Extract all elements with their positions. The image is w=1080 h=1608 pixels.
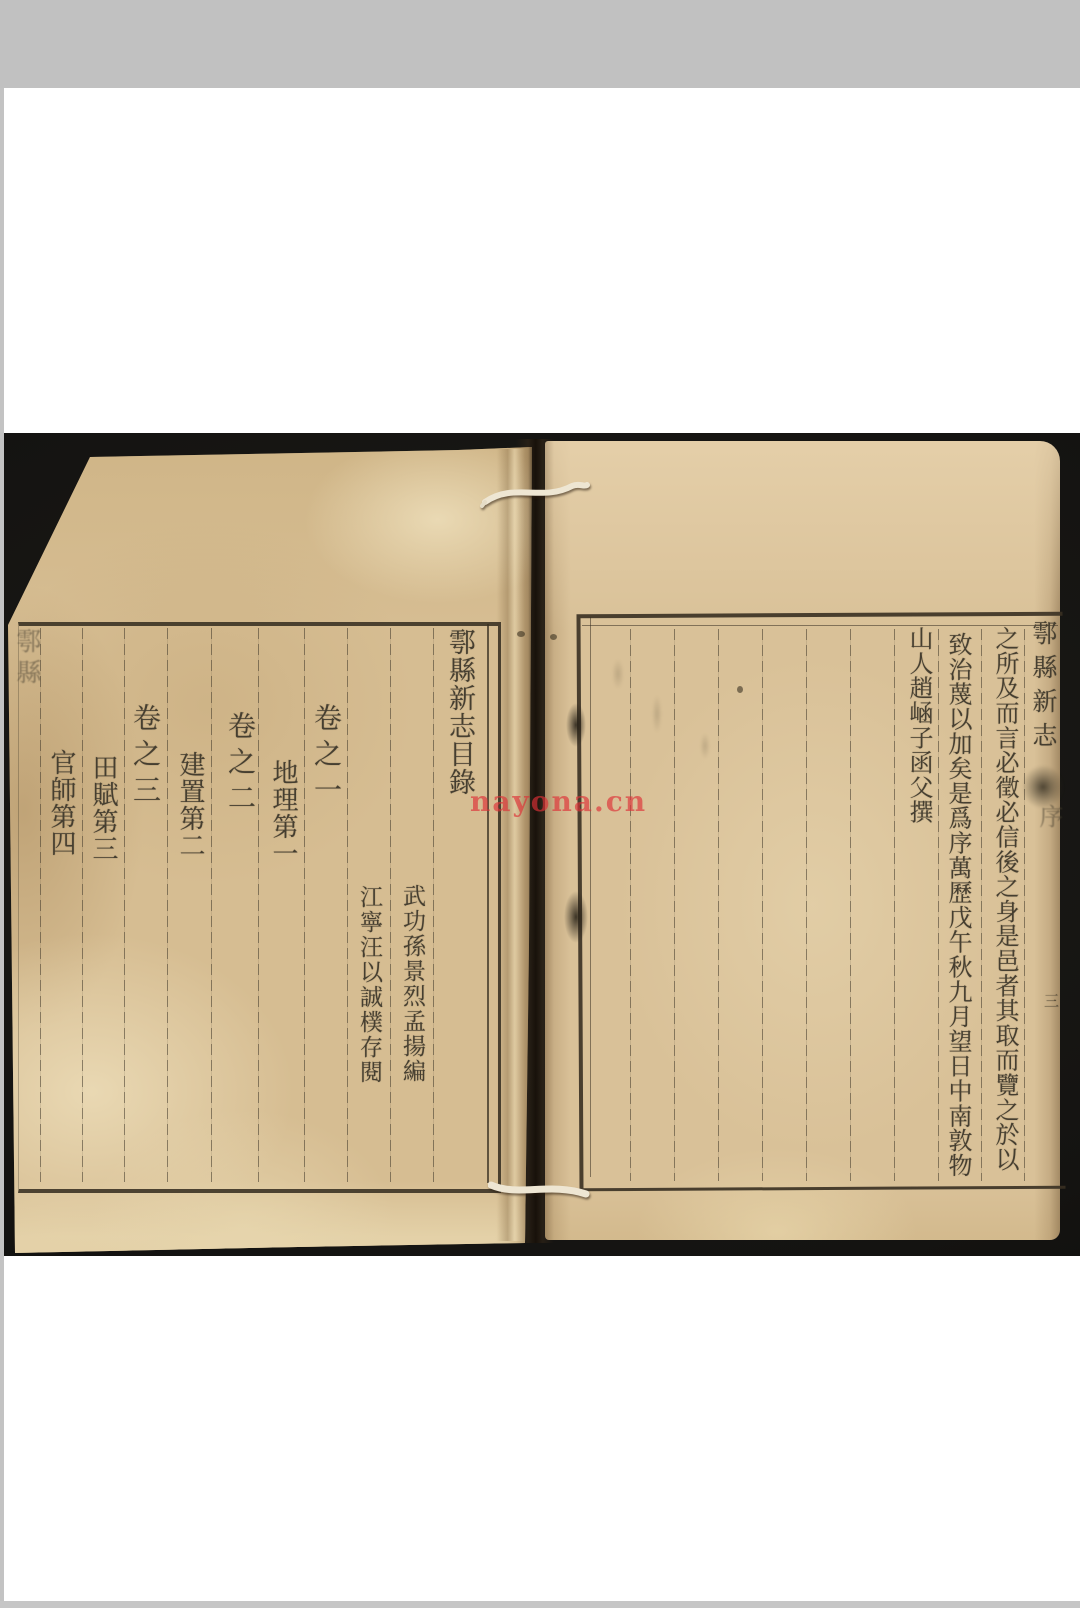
toc-entry-juan-1: 卷之一 <box>312 703 340 811</box>
left-frame-double-line <box>487 624 489 1183</box>
preface-column-1: 之所及而言必徵必信後之身是邑者其取而覽之於以 <box>993 626 1017 1172</box>
compiler-credit: 武功孫景烈孟揚編 <box>400 884 423 1084</box>
toc-entry-tianfu-3: 田賦第三 <box>90 754 116 862</box>
preface-column-2: 致治蔑以加矣是爲序萬歷戊午秋九月望日中南敦物 <box>946 632 970 1178</box>
worm-hole <box>517 631 525 637</box>
scanned-book-viewer: 鄠縣 鄠縣新志目錄 卷之一 地理第一 卷之二 建置第二 卷之三 田賦第三 官師第… <box>0 0 1080 1608</box>
binding-thread-top <box>480 475 592 513</box>
top-gray-bar <box>0 0 1080 88</box>
toc-title: 鄠縣新志目錄 <box>446 628 473 796</box>
book-photograph: 鄠縣 鄠縣新志目錄 卷之一 地理第一 卷之二 建置第二 卷之三 田賦第三 官師第… <box>0 433 1080 1256</box>
ink-bleed-mark <box>652 695 662 733</box>
binding-thread-bottom <box>488 1177 594 1207</box>
banxin-section-label: 序 <box>1037 804 1061 828</box>
ink-bleed-mark <box>700 733 710 759</box>
toc-entry-guanshi-4: 官師第四 <box>48 749 74 857</box>
ink-bleed-mark <box>612 659 624 689</box>
ink-blot <box>564 891 588 943</box>
site-watermark: nayona.cn <box>470 785 647 818</box>
bottom-gray-bar <box>0 1601 1080 1608</box>
ink-blot <box>566 703 586 747</box>
toc-entry-dili-1: 地理第一 <box>270 759 296 867</box>
toc-entry-juan-2: 卷之二 <box>226 711 254 819</box>
preface-signature-column: 山人趙崡子函父撰 <box>907 626 931 824</box>
toc-entry-juan-3: 卷之三 <box>131 703 159 811</box>
binding-gutter-shadow <box>516 439 554 1243</box>
left-page-border-frame <box>18 622 501 1193</box>
folio-number: 三 <box>1043 993 1058 1008</box>
banxin-book-title: 鄠縣新志 <box>1031 620 1056 756</box>
reviewer-credit: 江寧汪以誠樸存閱 <box>357 885 380 1085</box>
left-page-edge-partial-title: 鄠縣 <box>12 628 40 690</box>
right-frame-double-line-vertical <box>590 617 591 1177</box>
worm-hole <box>550 634 557 640</box>
right-frame-double-line-horizontal <box>582 625 1058 626</box>
worm-hole <box>737 686 743 693</box>
left-gray-strip <box>0 88 4 1601</box>
ink-smudge <box>1022 765 1064 809</box>
toc-entry-jianzhi-2: 建置第二 <box>177 751 203 859</box>
